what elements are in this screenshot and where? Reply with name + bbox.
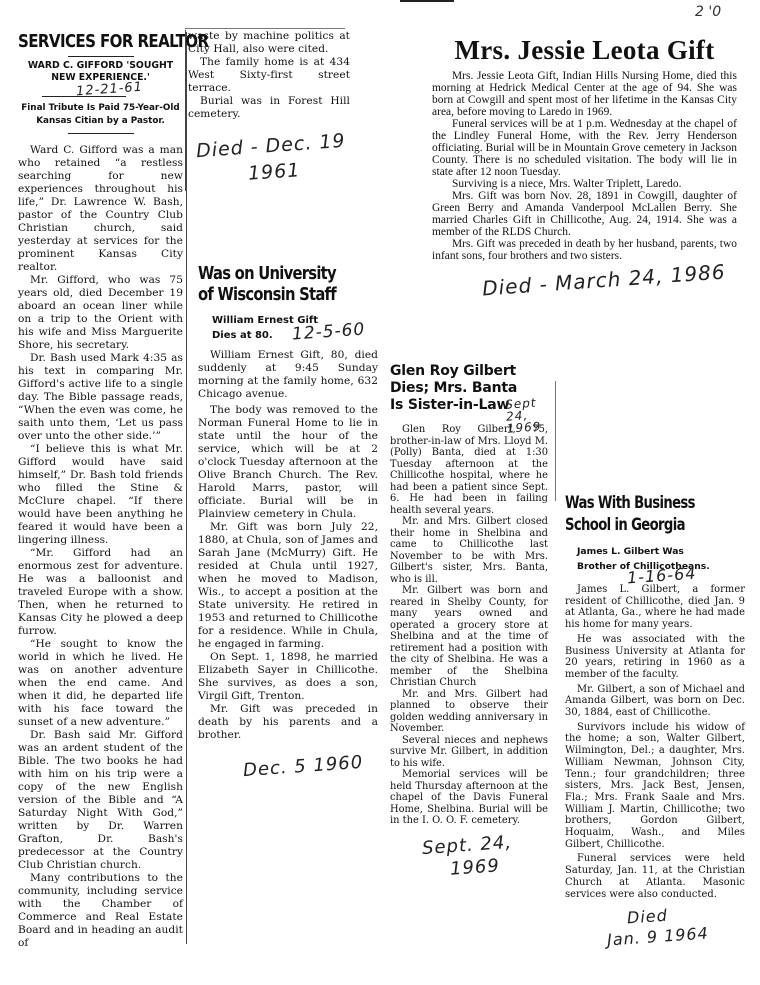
column-rule: [555, 381, 556, 501]
handwritten-note: Died Jan. 9 1964: [565, 903, 745, 963]
paragraph: waste by machine politics at City Hall, …: [188, 30, 350, 56]
date-line: 12-21-61: [18, 84, 183, 98]
clipping-university-of-wisconsin: Was on University of Wisconsin Staff Wil…: [198, 263, 382, 782]
headline-line: Glen Roy Gilbert: [390, 363, 548, 380]
paragraph: The body was removed to the Norman Funer…: [198, 404, 378, 521]
article-body: William Ernest Gift, 80, died suddenly a…: [198, 349, 378, 742]
article-body-continued: waste by machine politics at City Hall, …: [188, 30, 350, 121]
article-body: Glen Roy Gilbert, 75, brother-in-law of …: [390, 424, 548, 827]
paragraph: “I believe this is what Mr. Gifford woul…: [18, 443, 183, 547]
handwritten-line: Dec. 5 1960: [242, 752, 363, 781]
clip-edge: [185, 28, 345, 29]
paragraph: The family home is at 434 West Sixty-fir…: [188, 56, 350, 95]
article-body: Mrs. Jessie Leota Gift, Indian Hills Nur…: [432, 70, 737, 262]
article-body: James L. Gilbert, a former resident of C…: [565, 584, 745, 900]
handwritten-line: 1969: [449, 855, 500, 879]
article-body: Ward C. Gifford was a man who retained “…: [18, 144, 183, 950]
clipping-business-school-georgia: Was With Business School in Georgia Jame…: [565, 492, 745, 963]
paragraph: Mrs. Gift was born Nov. 28, 1891 in Cowg…: [432, 190, 737, 238]
headline-line: Was on University: [198, 263, 349, 284]
paragraph: Many contributions to the community, inc…: [18, 872, 183, 950]
paragraph: Survivors include his widow of the home;…: [565, 722, 745, 851]
paragraph: Glen Roy Gilbert, 75, brother-in-law of …: [390, 424, 548, 516]
paragraph: Several nieces and nephews survive Mr. G…: [390, 735, 548, 770]
scan-edge-mark: [400, 0, 454, 2]
headline: Was on University of Wisconsin Staff: [198, 263, 349, 305]
paragraph: Surviving is a niece, Mrs. Walter Triple…: [432, 178, 737, 190]
paragraph: He was associated with the Business Univ…: [565, 634, 745, 681]
paragraph: Funeral services will be at 1 p.m. Wedne…: [432, 118, 737, 178]
paragraph: Mr. and Mrs. Gilbert closed their home i…: [390, 516, 548, 585]
clipping-jessie-leota-gift: Mrs. Jessie Leota Gift Mrs. Jessie Leota…: [432, 35, 737, 302]
handwritten-line: 1961: [247, 159, 301, 185]
paragraph: Ward C. Gifford was a man who retained “…: [18, 144, 183, 274]
paragraph: Mrs. Jessie Leota Gift, Indian Hills Nur…: [432, 70, 737, 118]
clipping-services-for-realtor: SERVICES FOR REALTOR WARD C. GIFFORD 'SO…: [18, 30, 183, 950]
clipping-services-for-realtor-continued: waste by machine politics at City Hall, …: [185, 30, 350, 191]
headline: Glen Roy Gilbert Dies; Mrs. Banta Is Sis…: [390, 363, 548, 414]
paragraph: “He sought to know the world in which he…: [18, 638, 183, 729]
headline: Mrs. Jessie Leota Gift: [432, 35, 737, 66]
handwritten-note: Died - Dec. 19 1961: [188, 121, 350, 191]
handwritten-date: Sept 24, 1969: [505, 395, 557, 434]
handwritten-note: Sept. 24, 1969: [390, 827, 548, 887]
paragraph: Mr. Gift was born July 22, 1880, at Chul…: [198, 521, 378, 651]
subhead: James L. Gilbert Was Brother of Chillico…: [577, 544, 745, 574]
divider: [68, 56, 134, 57]
paragraph: William Ernest Gift, 80, died suddenly a…: [198, 349, 378, 401]
deck: Final Tribute Is Paid 75-Year-Old Kansas…: [18, 102, 183, 127]
clipping-glen-roy-gilbert: Glen Roy Gilbert Dies; Mrs. Banta Is Sis…: [390, 363, 548, 887]
paragraph: Dr. Bash used Mark 4:35 as his text in c…: [18, 352, 183, 443]
handwritten-date: 12-5-60: [292, 322, 366, 342]
handwritten-note: Died - March 24, 1986: [432, 262, 737, 302]
paragraph: Mr. Gift was preceded in death by his pa…: [198, 703, 378, 742]
handwritten-line: Died: [626, 906, 668, 928]
paragraph: Memorial services will be held Thursday …: [390, 769, 548, 827]
paragraph: Mrs. Gift was preceded in death by her h…: [432, 238, 737, 262]
handwritten-note: Dec. 5 1960: [198, 742, 382, 782]
paragraph: Mr. Gilbert, a son of Michael and Amanda…: [565, 684, 745, 719]
corner-handwritten-mark: 2 '0: [695, 4, 721, 20]
handwritten-line: Jan. 9 1964: [606, 924, 709, 950]
paragraph: Burial was in Forest Hill cemetery.: [188, 95, 350, 121]
handwritten-date: 12-21-61: [76, 80, 144, 100]
paragraph: Mr. Gilbert was born and reared in Shelb…: [390, 585, 548, 689]
divider: [68, 133, 134, 134]
subhead-line: James L. Gilbert Was: [577, 544, 745, 559]
paragraph: Funeral services were held Saturday, Jan…: [565, 853, 745, 900]
handwritten-date: 1-16-64: [627, 566, 697, 586]
paragraph: Mr. and Mrs. Gilbert had planned to obse…: [390, 689, 548, 735]
paragraph: James L. Gilbert, a former resident of C…: [565, 584, 745, 631]
subhead: William Ernest Gift Dies at 80. 12-5-60: [212, 313, 382, 343]
handwritten-line: Died - Dec. 19: [195, 130, 346, 162]
headline-line: Dies; Mrs. Banta: [390, 380, 548, 397]
subhead: WARD C. GIFFORD 'SOUGHT NEW EXPERIENCE.': [18, 60, 183, 84]
headline: Was With Business School in Georgia: [565, 492, 709, 536]
paragraph: On Sept. 1, 1898, he married Elizabeth S…: [198, 651, 378, 703]
handwritten-line: Died - March 24, 1986: [481, 260, 726, 301]
headline: SERVICES FOR REALTOR: [18, 32, 181, 52]
paragraph: Dr. Bash said Mr. Gifford was an ardent …: [18, 729, 183, 872]
paragraph: “Mr. Gifford had an enormous zest for ad…: [18, 547, 183, 638]
headline-line: School in Georgia: [565, 514, 709, 536]
headline-line: of Wisconsin Staff: [198, 284, 349, 305]
headline-line: Was With Business: [565, 492, 709, 514]
paragraph: Mr. Gifford, who was 75 years old, died …: [18, 274, 183, 352]
